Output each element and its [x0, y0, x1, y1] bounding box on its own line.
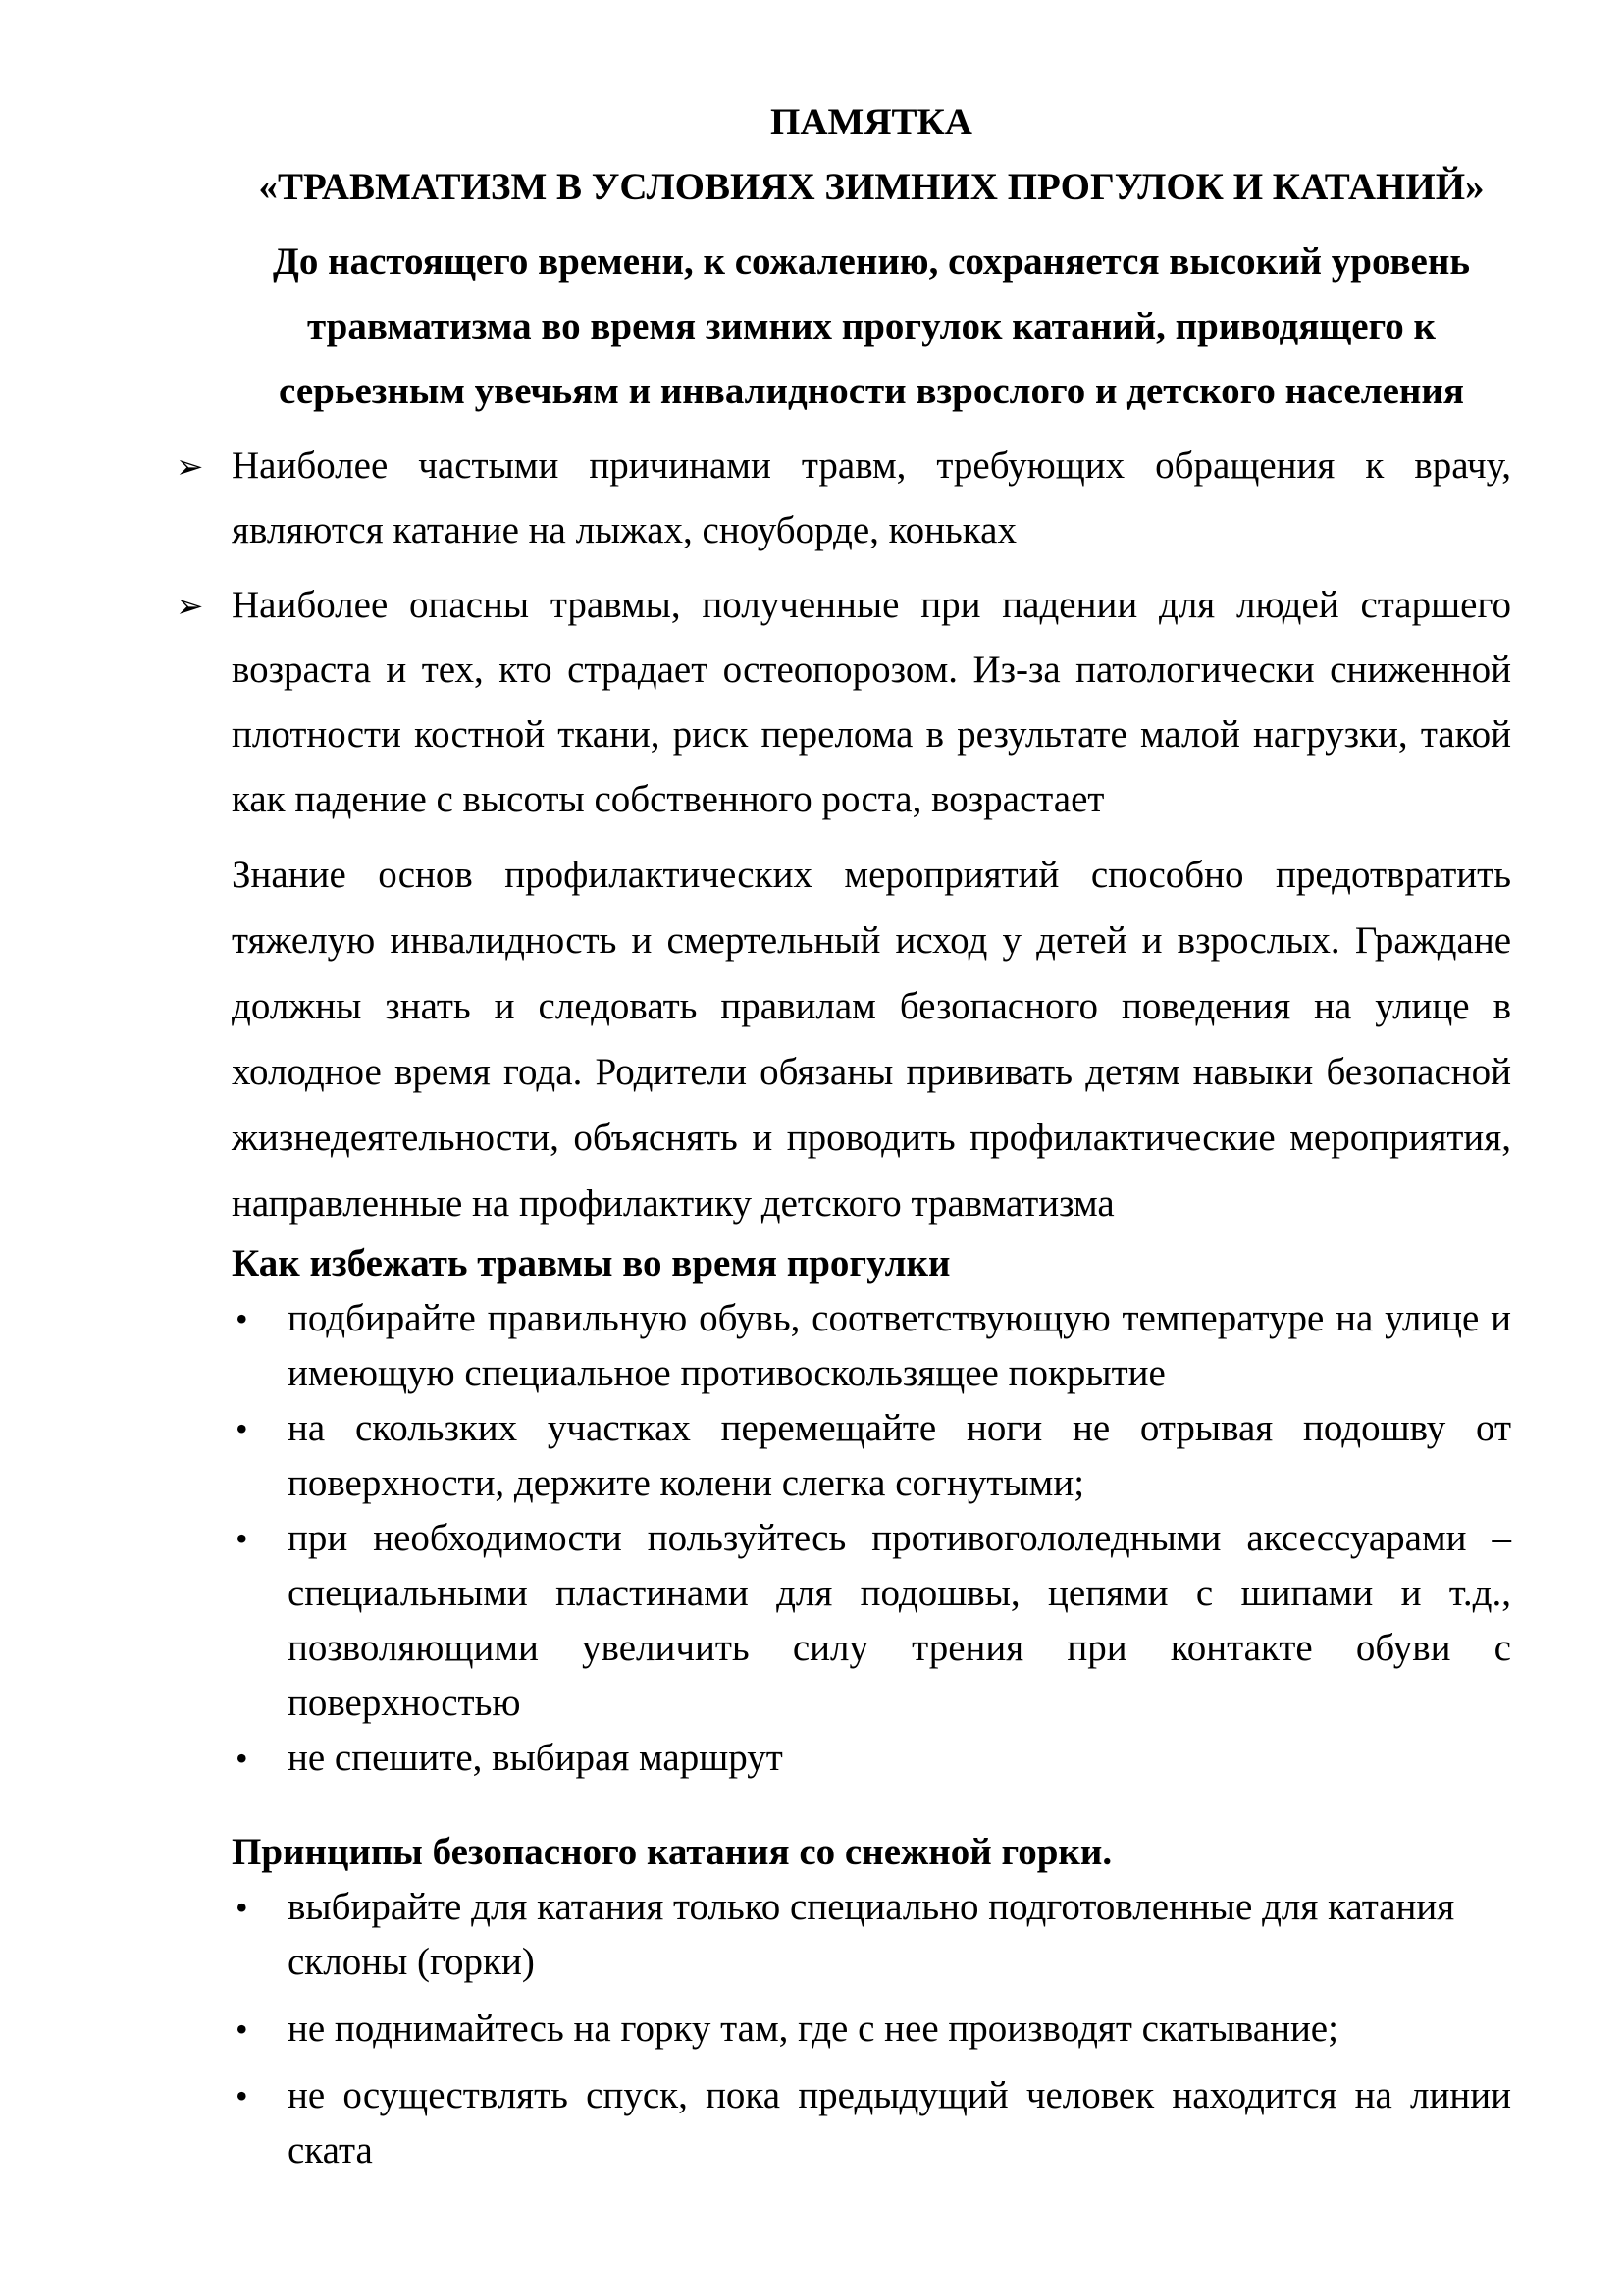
- hazard-item: ➢ Наиболее опасны травмы, полученные при…: [232, 573, 1511, 832]
- dot-bullet-icon: •: [236, 2068, 248, 2123]
- list-item-text: выбирайте для катания только специально …: [288, 1886, 1454, 1983]
- list-item: • подбирайте правильную обувь, соответст…: [232, 1291, 1511, 1401]
- list-item-text: не спешите, выбирая маршрут: [288, 1737, 783, 1779]
- prevention-paragraph: Знание основ профилактических мероприяти…: [232, 842, 1511, 1236]
- arrow-bullet-icon: ➢: [176, 574, 204, 639]
- doc-subtitle: «ТРАВМАТИЗМ В УСЛОВИЯХ ЗИМНИХ ПРОГУЛОК И…: [153, 155, 1590, 220]
- hazard-list: ➢ Наиболее частыми причинами травм, треб…: [232, 434, 1511, 832]
- list-item-text: на скользких участках перемещайте ноги н…: [288, 1407, 1511, 1504]
- dot-bullet-icon: •: [236, 1401, 248, 1456]
- dot-bullet-icon: •: [236, 2002, 248, 2057]
- list-item: • на скользких участках перемещайте ноги…: [232, 1401, 1511, 1511]
- list-item: • не поднимайтесь на горку там, где с не…: [232, 2002, 1511, 2057]
- dot-bullet-icon: •: [236, 1291, 248, 1346]
- intro-paragraph: До настоящего времени, к сожалению, сохр…: [232, 230, 1511, 424]
- hazard-item-text: Наиболее частыми причинами травм, требую…: [232, 444, 1511, 551]
- list-item-text: не осуществлять спуск, пока предыдущий ч…: [288, 2074, 1511, 2171]
- dot-bullet-icon: •: [236, 1511, 248, 1566]
- list-item: • не осуществлять спуск, пока предыдущий…: [232, 2068, 1511, 2178]
- list-item-text: подбирайте правильную обувь, соответству…: [288, 1297, 1511, 1394]
- list-item: • выбирайте для катания только специальн…: [232, 1880, 1511, 1990]
- arrow-bullet-icon: ➢: [176, 435, 204, 499]
- list-item-text: при необходимости пользуйтесь противогол…: [288, 1517, 1511, 1724]
- list-item: • при необходимости пользуйтесь противог…: [232, 1511, 1511, 1731]
- list-item-text: не поднимайтесь на горку там, где с нее …: [288, 2008, 1338, 2050]
- section-heading-walk: Как избежать травмы во время прогулки: [232, 1236, 1511, 1291]
- list-item: • не спешите, выбирая маршрут: [232, 1731, 1511, 1786]
- dot-bullet-icon: •: [236, 1731, 248, 1786]
- doc-title: ПАМЯТКА: [232, 90, 1511, 155]
- walk-tips-list: • подбирайте правильную обувь, соответст…: [232, 1291, 1511, 1786]
- document-content: ПАМЯТКА «ТРАВМАТИЗМ В УСЛОВИЯХ ЗИМНИХ ПР…: [232, 90, 1511, 2178]
- document-page: ПАМЯТКА «ТРАВМАТИЗМ В УСЛОВИЯХ ЗИМНИХ ПР…: [0, 0, 1624, 2295]
- hazard-item-text: Наиболее опасны травмы, полученные при п…: [232, 584, 1511, 820]
- sledding-rules-list: • выбирайте для катания только специальн…: [232, 1880, 1511, 2178]
- section-heading-sledding: Принципы безопасного катания со снежной …: [232, 1825, 1511, 1880]
- dot-bullet-icon: •: [236, 1880, 248, 1935]
- hazard-item: ➢ Наиболее частыми причинами травм, треб…: [232, 434, 1511, 563]
